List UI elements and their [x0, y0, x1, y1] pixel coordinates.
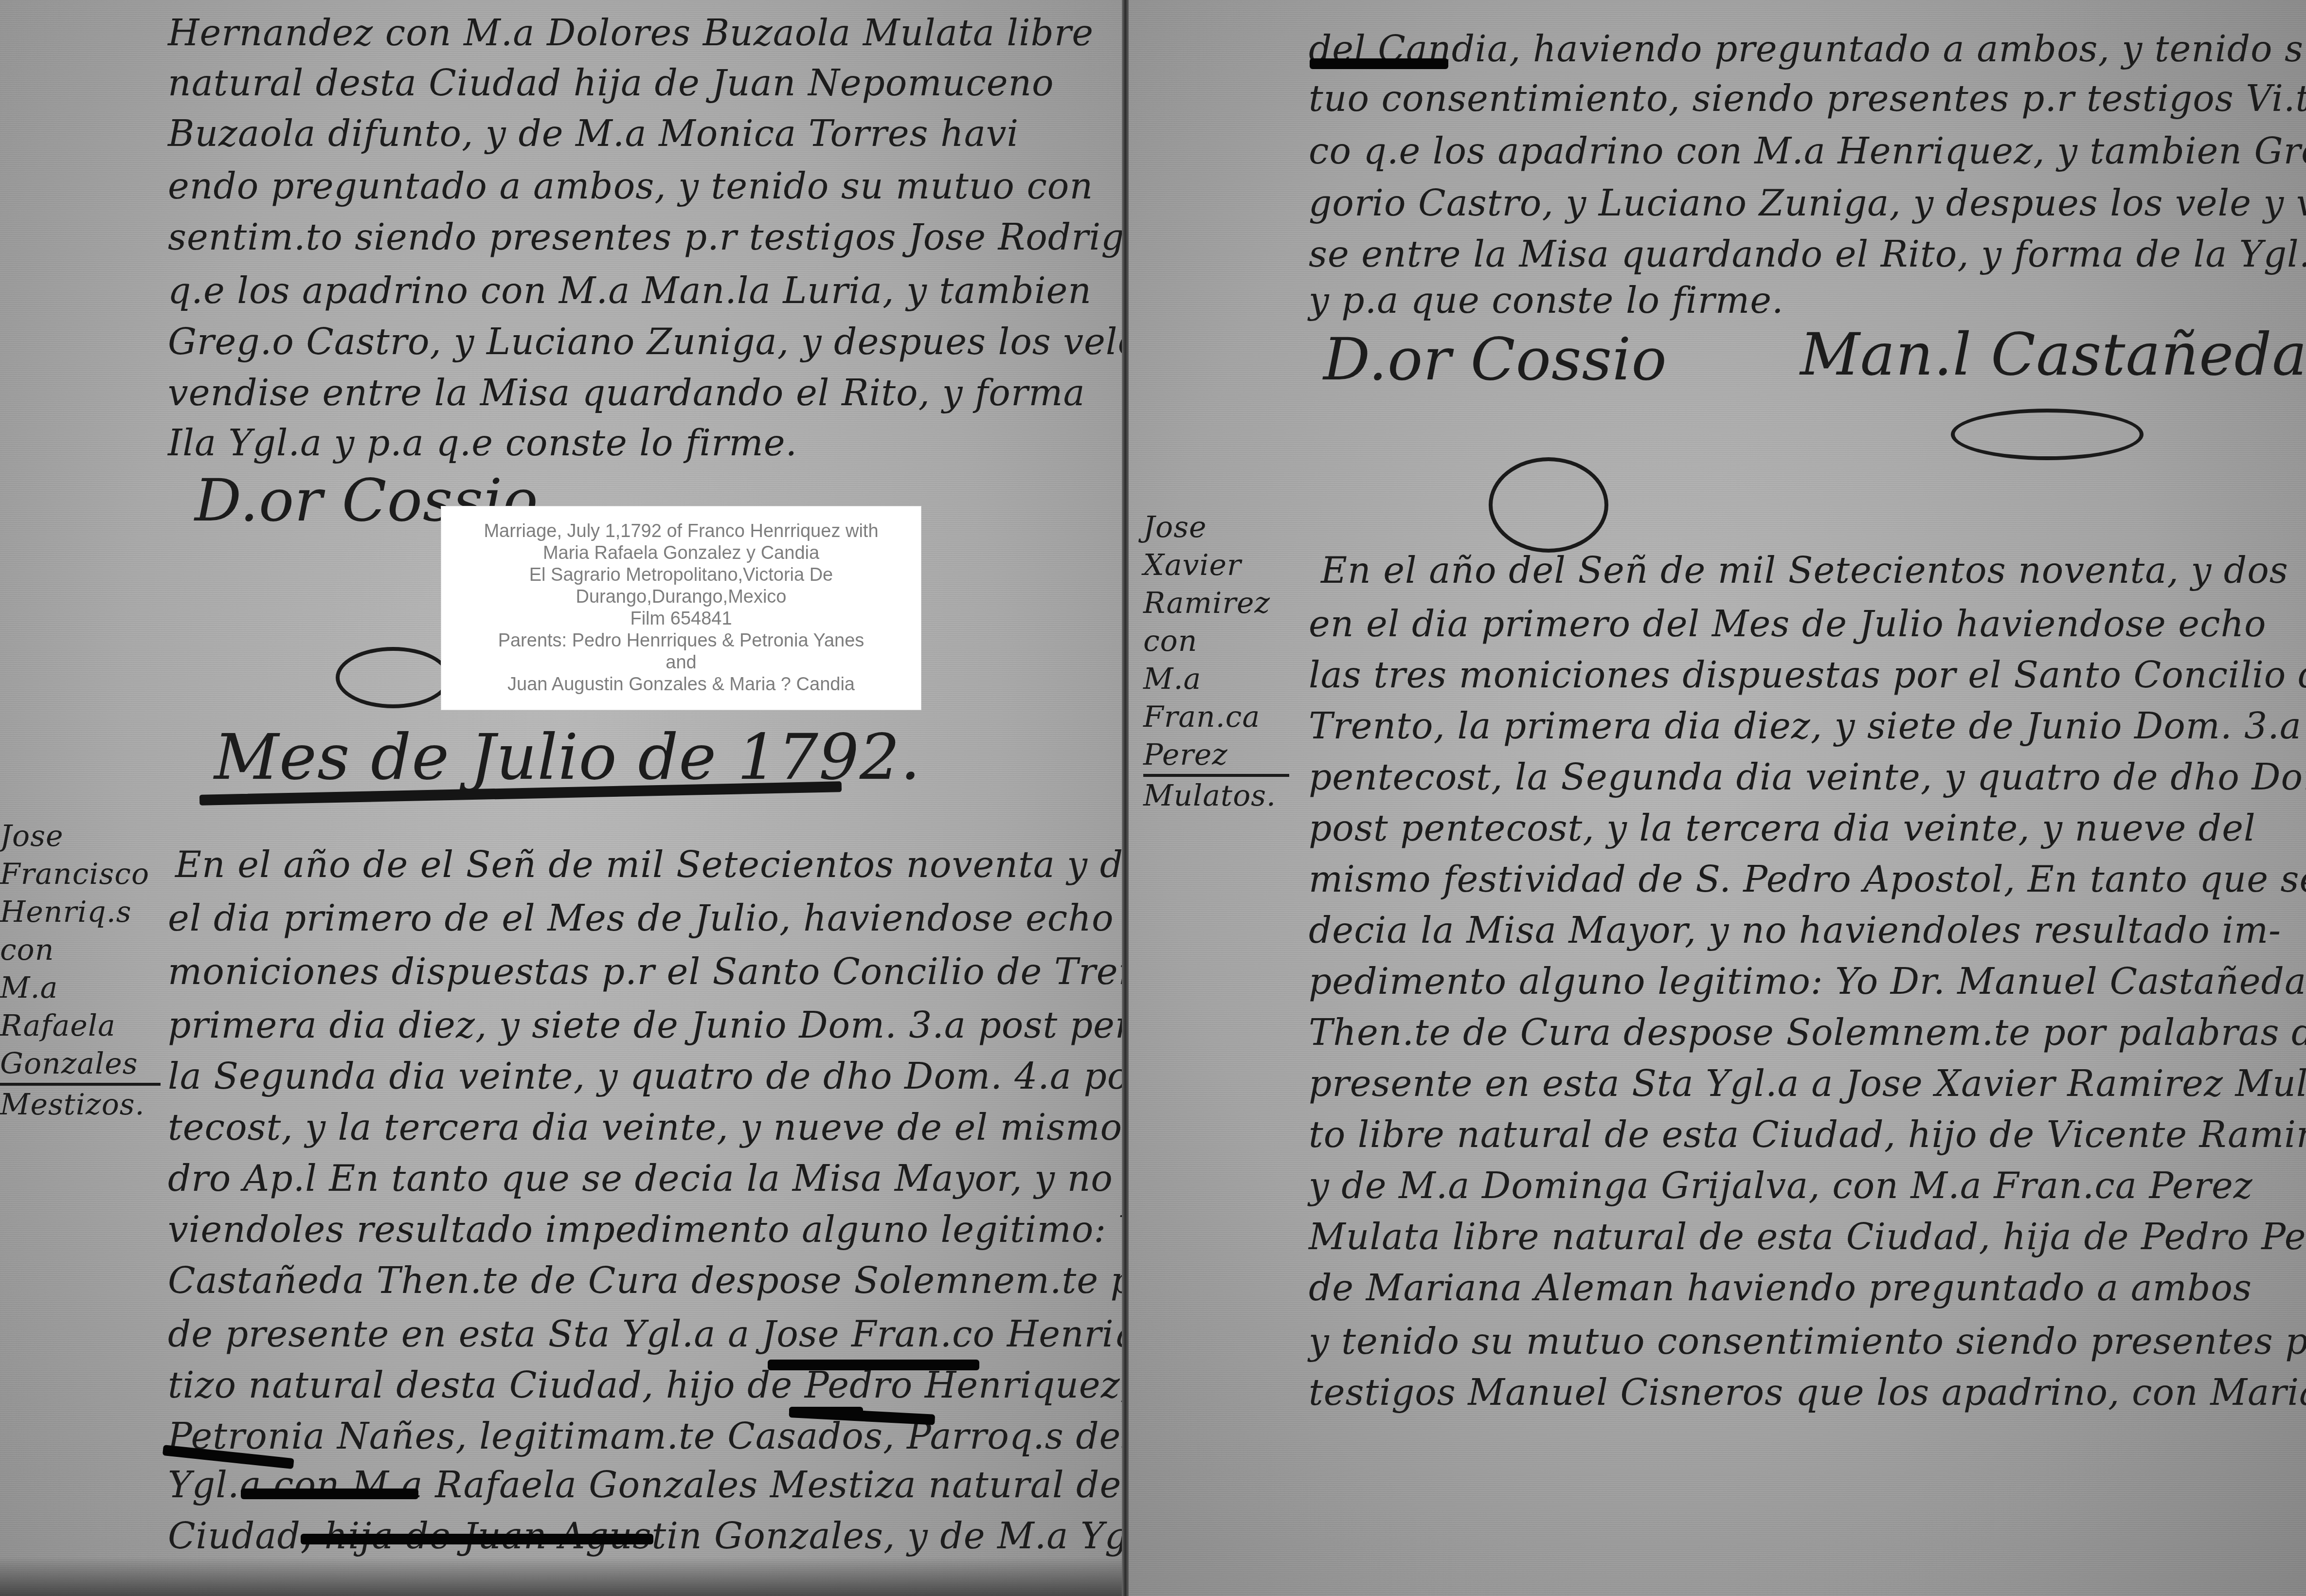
right-entry-line-1: En el año del Señ de mil Setecientos nov…: [1321, 550, 2288, 592]
margin-note-line: M.a Fran.ca: [1143, 660, 1289, 736]
signature-flourish: [1489, 457, 1608, 553]
right-entry-line-7: mismo festividad de S. Pedro Apostol, En…: [1309, 859, 2306, 900]
right-entry-line-5: pentecost, la Segunda dia veinte, y quat…: [1309, 756, 2306, 798]
right-top-line-5: se entre la Misa quardando el Rito, y fo…: [1309, 233, 2306, 275]
signature-flourish: [336, 647, 450, 708]
margin-note-line: Jose Francisco: [0, 817, 161, 893]
left-top-line-8: vendise entre la Misa quardando el Rito,…: [168, 372, 1085, 414]
margin-note-line: Ramirez con: [1143, 584, 1289, 660]
right-entry-line-11: presente en esta Sta Ygl.a a Jose Xavier…: [1309, 1063, 2306, 1105]
annotation-parents-bride: Juan Augustin Gonzales & Maria ? Candia: [507, 674, 855, 696]
entry-line-5: la Segunda dia veinte, y quatro de dho D…: [168, 1056, 1257, 1097]
entry-line-6: tecost, y la tercera dia veinte, y nueve…: [168, 1107, 1240, 1148]
entry-line-7: dro Ap.l En tanto que se decia la Misa M…: [168, 1158, 1171, 1200]
right-entry-line-13: y de M.a Dominga Grijalva, con M.a Fran.…: [1309, 1165, 2253, 1207]
entry-line-13: Ygl.a con M.a Rafaela Gonzales Mestiza n…: [168, 1464, 1177, 1506]
left-margin-note: Jose Francisco Henriq.s con M.a Rafaela …: [0, 817, 161, 1124]
entry-line-12: Petronia Nañes, legitimam.te Casados, Pa…: [168, 1416, 1251, 1457]
right-entry-line-12: to libre natural de esta Ciudad, hijo de…: [1309, 1114, 2306, 1156]
signature-flourish: [1951, 409, 2144, 460]
right-entry-line-14: Mulata libre natural de esta Ciudad, hij…: [1309, 1216, 2306, 1258]
left-top-line-2: natural desta Ciudad hija de Juan Nepomu…: [168, 62, 1054, 104]
right-entry-line-6: post pentecost, y la tercera dia veinte,…: [1309, 807, 2256, 849]
margin-note-line: Jose Xavier: [1143, 508, 1289, 584]
margin-note-line: Perez: [1143, 736, 1289, 777]
right-entry-line-16: y tenido su mutuo consentimiento siendo …: [1309, 1321, 2306, 1363]
left-top-line-7: Greg.o Castro, y Luciano Zuniga, y despu…: [168, 321, 1184, 363]
right-entry-line-15: de Mariana Aleman haviendo preguntado a …: [1309, 1267, 2252, 1309]
entry-line-4: primera dia diez, y siete de Junio Dom. …: [168, 1004, 1252, 1046]
underline-bride-name: [241, 1488, 418, 1499]
margin-note-line: Mestizos.: [0, 1086, 161, 1124]
annotation-parish: El Sagrario Metropolitano,Victoria De: [529, 564, 833, 586]
margin-note-line: M.a Rafaela: [0, 969, 161, 1045]
left-top-line-3: Buzaola difunto, y de M.a Monica Torres …: [168, 113, 1019, 155]
right-entry-line-9: pedimento alguno legitimo: Yo Dr. Manuel…: [1309, 961, 2306, 1003]
right-top-line-6: y p.a que conste lo firme.: [1309, 280, 1784, 322]
right-entry-line-3: las tres moniciones dispuestas por el Sa…: [1309, 654, 2306, 696]
left-manuscript-page: Hernandez con M.a Dolores Buzaola Mulata…: [0, 0, 1124, 1596]
right-entry-line-8: decia la Misa Mayor, y no haviendoles re…: [1309, 910, 2281, 951]
left-top-line-6: q.e los apadrino con M.a Man.la Luria, y…: [168, 270, 1092, 312]
entry-line-3: moniciones dispuestas p.r el Santo Conci…: [168, 951, 1225, 993]
right-signature-cossio: D.or Cossio: [1323, 326, 1667, 394]
entry-line-2: el dia primero de el Mes de Julio, havie…: [168, 897, 1264, 939]
margin-note-line: Henriq.s con: [0, 893, 161, 969]
annotation-location: Durango,Durango,Mexico: [576, 586, 786, 608]
annotation-box: Marriage, July 1,1792 of Franco Henrriqu…: [441, 506, 921, 710]
annotation-title: Marriage, July 1,1792 of Franco Henrriqu…: [484, 520, 878, 542]
underline-bride-father-name: [301, 1534, 653, 1544]
right-margin-note: Jose Xavier Ramirez con M.a Fran.ca Pere…: [1143, 508, 1289, 815]
right-entry-line-4: Trento, la primera dia diez, y siete de …: [1309, 705, 2306, 747]
left-top-line-9: Ila Ygl.a y p.a q.e conste lo firme.: [168, 422, 797, 464]
margin-note-line: Mulatos.: [1143, 777, 1289, 815]
right-top-line-3: co q.e los apadrino con M.a Henriquez, y…: [1309, 130, 2306, 172]
entry-line-11: tizo natural desta Ciudad, hijo de Pedro…: [168, 1364, 1222, 1406]
annotation-bride: Maria Rafaela Gonzalez y Candia: [543, 542, 819, 564]
underline-groom-name: [768, 1360, 979, 1370]
left-top-line-5: sentim.to siendo presentes p.r testigos …: [168, 216, 1189, 258]
annotation-film: Film 654841: [630, 608, 732, 630]
right-signature-castaneda: Man.l Castañeda: [1800, 321, 2306, 389]
left-top-line-4: endo preguntado a ambos, y tenido su mut…: [168, 165, 1093, 207]
right-top-line-2: tuo consentimiento, siendo presentes p.r…: [1309, 78, 2306, 120]
right-top-line-1: del Candia, haviendo preguntado a ambos,…: [1309, 28, 2306, 70]
right-entry-line-2: en el dia primero del Mes de Julio havie…: [1309, 603, 2267, 645]
right-entry-line-10: Then.te de Cura despose Solemnem.te por …: [1309, 1012, 2306, 1054]
annotation-parents-groom: Parents: Pedro Henrriques & Petronia Yan…: [498, 630, 865, 652]
annotation-and: and: [666, 652, 696, 674]
right-top-line-4: gorio Castro, y Luciano Zuniga, y despue…: [1309, 182, 2306, 224]
margin-note-line: Gonzales: [0, 1045, 161, 1086]
page-edge-shadow: [0, 1557, 1124, 1596]
underline-candia: [1310, 58, 1448, 69]
right-entry-line-17: testigos Manuel Cisneros que los apadrin…: [1309, 1372, 2306, 1414]
entry-line-1: En el año de el Señ de mil Setecientos n…: [175, 844, 1222, 886]
left-top-line-1: Hernandez con M.a Dolores Buzaola Mulata…: [168, 12, 1094, 54]
right-manuscript-page: del Candia, haviendo preguntado a ambos,…: [1129, 0, 2306, 1596]
